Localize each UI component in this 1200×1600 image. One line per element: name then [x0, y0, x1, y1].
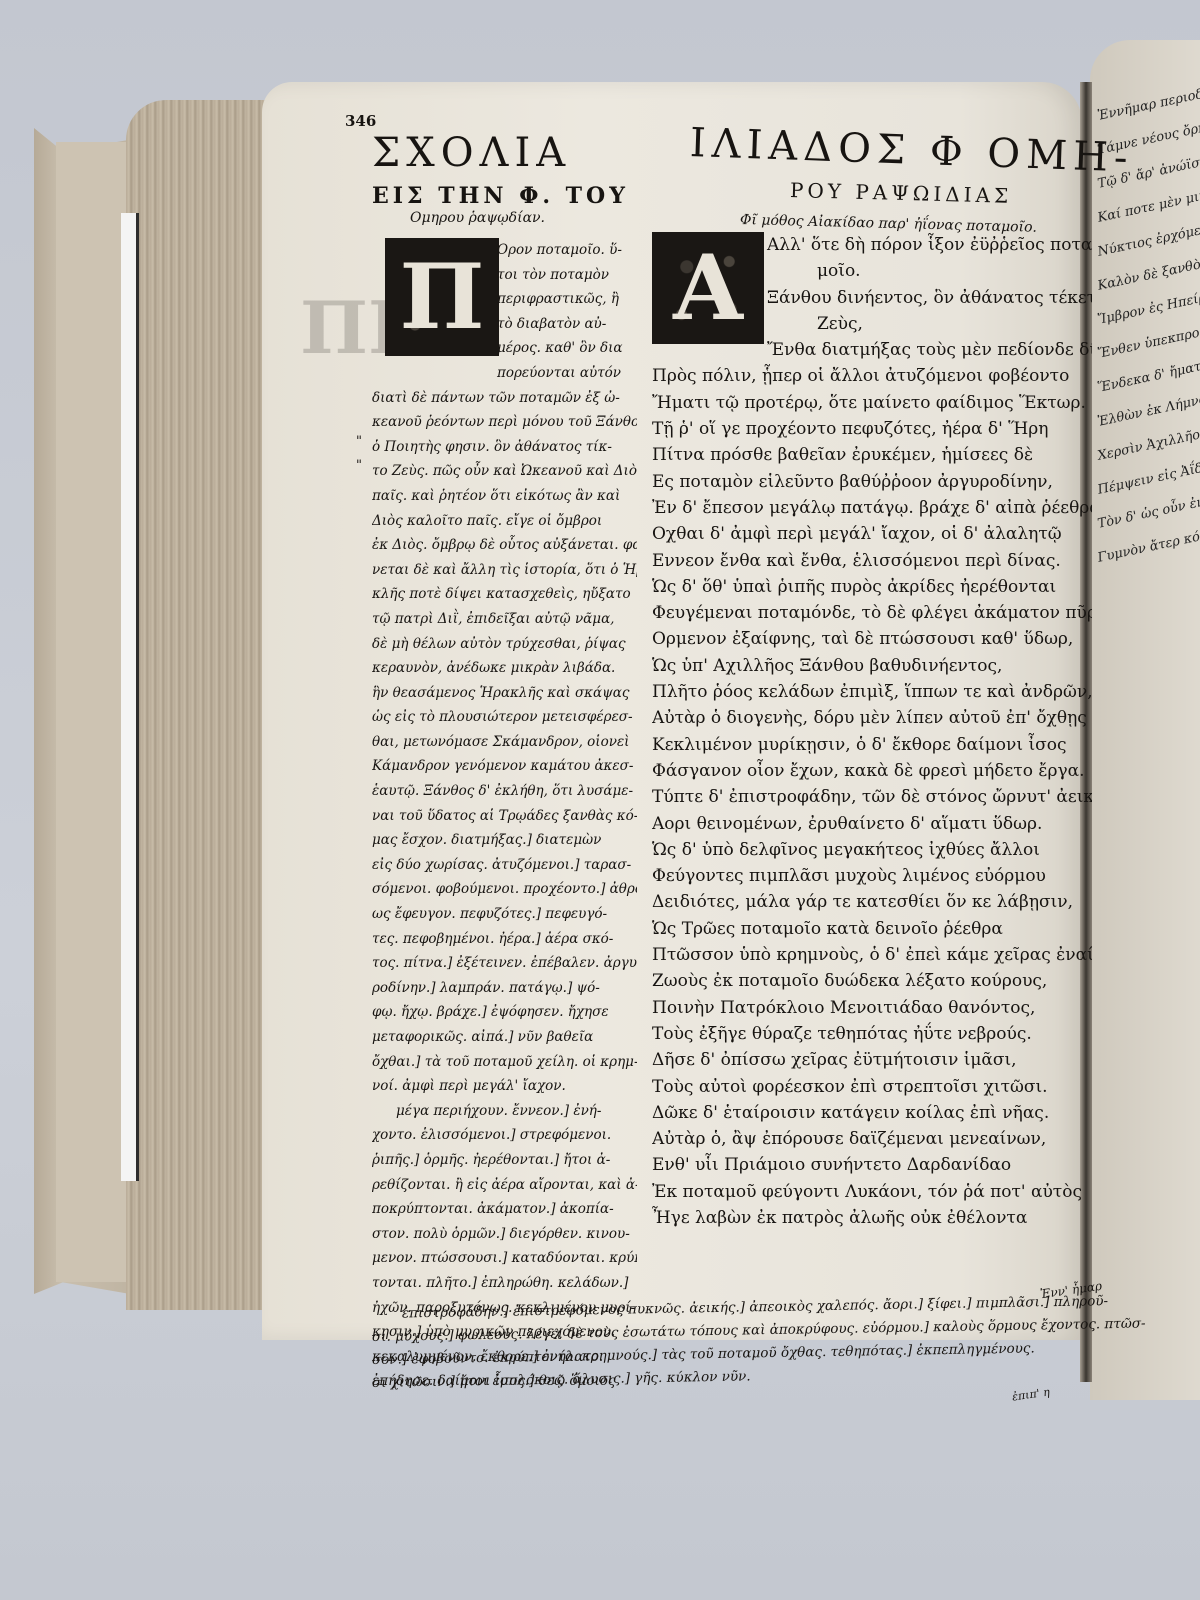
verse-line: Ξάνθου δινήεντος, ὃν ἀθάνατος τέκετο: [652, 285, 1092, 311]
verse-line: Ἔνθα διατμήξας τοὺς μὲν πεδίονδε δίωκε: [652, 337, 1092, 363]
verse-line: Δειδιότες, μάλα γάρ τε κατεσθίει ὅν κε λ…: [652, 889, 1092, 915]
verse-line: Ὡς δ' ὅθ' ὑπαὶ ῥιπῆς πυρὸς ἀκρίδες ἠερέθ…: [652, 574, 1092, 600]
verse-line: Ὡς ὑπ' Αχιλλῆος Ξάνθου βαθυδινήεντος,: [652, 653, 1092, 679]
scholia-line: ῥιπῆς.] ὁρμῆς. ἠερέθονται.] ἤτοι ἀ-: [372, 1148, 637, 1173]
verse-line: Πίτνα πρόσθε βαθεῖαν ἐρυκέμεν, ἡμίσεες δ…: [652, 442, 1092, 468]
iliad-column: Αλλ' ὅτε δὴ πόρον ἷξον ἐϋῤῥεῖος ποτα- μο…: [652, 232, 1092, 1231]
scholia-subtitle: ΕΙΣ ΤΗΝ Φ. ΤΟΥ: [372, 183, 629, 209]
scholia-line: περιφραστικῶς, ἢ: [372, 287, 637, 312]
scholia-line: χοντο. ἑλισσόμενοι.] στρεφόμενοι.: [372, 1123, 637, 1148]
verse-line: Ἤματι τῷ προτέρῳ, ὅτε μαίνετο φαίδιμος Ἕ…: [652, 390, 1092, 416]
verse-line: Φεύγοντες πιμπλᾶσι μυχοὺς λιμένος εὐόρμο…: [652, 863, 1092, 889]
scholia-line: μενον. πτώσσουσι.] καταδύονται. κρύπ-: [372, 1246, 637, 1271]
scholia-line: σόμενοι. φοβούμενοι. προχέοντο.] ἀθρό-: [372, 877, 637, 902]
bookmark-strip: [121, 213, 139, 1181]
scholia-line: Διὸς καλοῖτο παῖς. εἴγε οἱ ὄμβροι: [372, 509, 637, 534]
scholia-line: πορεύονται αὐτόν: [372, 361, 637, 386]
scholia-line: δὲ μὴ θέλων αὐτὸν τρύχεσθαι, ῥίψας: [372, 632, 637, 657]
verse-line: Ὡς Τρῶες ποταμοῖο κατὰ δεινοῖο ῥέεθρα: [652, 916, 1092, 942]
verse-line: Ες ποταμὸν εἱλεῦντο βαθύῤῥοον ἀργυροδίνη…: [652, 469, 1092, 495]
verse-line: Κεκλιμένον μυρίκῃσιν, ὁ δ' ἔκθορε δαίμον…: [652, 732, 1092, 758]
cover-inner-board: [56, 142, 126, 1282]
scholia-line: τονται. πλῆτο.] ἐπληρώθη. κελάδων.]: [372, 1271, 637, 1296]
scholia-line: τος. πίτνα.] ἐξέτεινεν. ἐπέβαλεν. ἀργυ-: [372, 951, 637, 976]
verse-line: Ὡς δ' ὑπὸ δελφῖνος μεγακήτεος ἰχθύες ἄλλ…: [652, 837, 1092, 863]
scholia-line: ὡς εἰς τὸ πλουσιώτερον μετεισφέρεσ-: [372, 705, 637, 730]
verse-line: μοῖο.: [652, 258, 1092, 284]
page-edges: [126, 100, 276, 1310]
scholia-line: μεταφορικῶς. αἰπά.] νῦν βαθεῖα: [372, 1025, 637, 1050]
verse-line: Αὐτὰρ ὁ διογενὴς, δόρυ μὲν λίπεν αὐτοῦ ἐ…: [652, 705, 1092, 731]
scholia-line: το Ζεὺς. πῶς οὖν καὶ Ὠκεανοῦ καὶ Διὸς: [372, 459, 637, 484]
verse-line: Αορι θεινομένων, ἐρυθαίνετο δ' αἵματι ὕδ…: [652, 811, 1092, 837]
scholia-line: ναι τοῦ ὕδατος αἱ Τρῳάδες ξανθὰς κό-: [372, 804, 637, 829]
page-number: 346: [345, 112, 376, 130]
verse-line: Ζωοὺς ἐκ ποταμοῖο δυώδεκα λέξατο κούρους…: [652, 968, 1092, 994]
scholia-line: κεραυνὸν, ἀνέδωκε μικρὰν λιβάδα.: [372, 656, 637, 681]
scholia-line: Ορον ποταμοῖο. ὕ-: [372, 238, 637, 263]
verse-line: Αλλ' ὅτε δὴ πόρον ἷξον ἐϋῤῥεῖος ποτα-: [652, 232, 1092, 258]
verse-line: Δῆσε δ' ὀπίσσω χεῖρας ἐϋτμήτοισιν ἱμᾶσι,: [652, 1047, 1092, 1073]
verse-line: Τοὺς αὐτοὶ φορέεσκον ἐπὶ στρεπτοῖσι χιτῶ…: [652, 1074, 1092, 1100]
footnote-block: ἐπιστροφάδην.] ἐπιστρεφόμενος πυκνῶς. ἀε…: [372, 1303, 1092, 1395]
scholia-line: τες. πεφοβημένοι. ἠέρα.] ἀέρα σκό-: [372, 927, 637, 952]
verse-line: Δῶκε δ' ἑταίροισιν κατάγειν κοίλας ἐπὶ ν…: [652, 1100, 1092, 1126]
scholia-line: τὸ διαβατὸν αὐ-: [372, 312, 637, 337]
scholia-line: ὁ Ποιητὴς φησιν. ὃν ἀθάνατος τίκ-: [372, 435, 637, 460]
scholia-line: Κάμανδρον γενόμενον καμάτου ἀκεσ-: [372, 754, 637, 779]
scholia-line: μας ἔσχον. διατμήξας.] διατεμὼν: [372, 828, 637, 853]
scholia-line: νοί. ἀμφὶ περὶ μεγάλ' ἴαχον.: [372, 1074, 637, 1099]
verse-line: Ἦγε λαβὼν ἐκ πατρὸς ἀλωῆς οὐκ ἐθέλοντα: [652, 1205, 1092, 1231]
scholia-line: θαι, μετωνόμασε Σκάμανδρον, οἱονεὶ: [372, 730, 637, 755]
scholia-line: ποκρύπτονται. ἀκάματον.] ἀκοπία-: [372, 1197, 637, 1222]
scholia-line: ως ἔφευγον. πεφυζότες.] πεφευγό-: [372, 902, 637, 927]
scholia-line: κλῆς ποτὲ δίψει κατασχεθεὶς, ηὔξατο: [372, 582, 637, 607]
verse-line: Ἐκ ποταμοῦ φεύγοντι Λυκάονι, τόν ῥά ποτ'…: [652, 1179, 1092, 1205]
scholia-line: τῷ πατρὶ Διῒ, ἐπιδεῖξαι αὐτῷ νᾶμα,: [372, 607, 637, 632]
verse-line: Αὐτὰρ ὁ, ἂψ ἐπόρουσε δαϊζέμεναι μενεαίνω…: [652, 1126, 1092, 1152]
verse-line: Φάσγανον οἶον ἔχων, κακὰ δὲ φρεσὶ μήδετο…: [652, 758, 1092, 784]
scholia-line: ἣν θεασάμενος Ἡρακλῆς καὶ σκάψας: [372, 681, 637, 706]
verse-line: Τύπτε δ' ἐπιστροφάδην, τῶν δὲ στόνος ὤρν…: [652, 784, 1092, 810]
verse-line: Οχθαι δ' ἀμφὶ περὶ μεγάλ' ἴαχον, οἱ δ' ἀ…: [652, 521, 1092, 547]
scholia-title: ΣΧΟΛΙΑ: [372, 130, 571, 176]
scholia-line: ρεθίζονται. ἢ εἰς ἀέρα αἴρονται, καὶ ἀ-: [372, 1173, 637, 1198]
verse-line: Πλῆτο ῥόος κελάδων ἐπιμὶξ, ἵππων τε καὶ …: [652, 679, 1092, 705]
right-page-fragment: Ἐννῆμαρ περιοδο... Τάμνε νέους ὄρπηκα...…: [1090, 40, 1200, 1400]
scholia-line: νεται δὲ καὶ ἄλλη τὶς ἱστορία, ὅτι ὁ Ἡρα…: [372, 558, 637, 583]
verse-line: Τῇ ῥ' οἵ γε προχέοντο πεφυζότες, ἠέρα δ'…: [652, 416, 1092, 442]
scholia-line: τοι τὸν ποταμὸν: [372, 263, 637, 288]
verse-line: Τοὺς ἐξῆγε θύραζε τεθηπότας ἠΰτε νεβρούς…: [652, 1021, 1092, 1047]
verse-line: Εννεον ἔνθα καὶ ἔνθα, ἑλισσόμενοι περὶ δ…: [652, 548, 1092, 574]
verse-line: Ζεὺς,: [652, 311, 1092, 337]
scholia-line: μέρος. καθ' ὃν δια: [372, 336, 637, 361]
scholia-column: Ορον ποταμοῖο. ὕ- τοι τὸν ποταμὸν περιφρ…: [372, 238, 637, 1394]
verse-line: Ἐν δ' ἔπεσον μεγάλῳ πατάγῳ. βράχε δ' αἰπ…: [652, 495, 1092, 521]
verse-line: Ενθ' υἷι Πριάμοιο συνήντετο Δαρδανίδαο: [652, 1152, 1092, 1178]
scholia-line: στον. πολὺ ὁρμῶν.] διεγόρθεν. κινου-: [372, 1222, 637, 1247]
scholia-line: παῖς. καὶ ῥητέον ὅτι εἰκότως ἂν καὶ: [372, 484, 637, 509]
scholia-line: εἰς δύο χωρίσας. ἀτυζόμενοι.] ταρασ-: [372, 853, 637, 878]
scholia-line: ροδίνην.] λαμπράν. πατάγῳ.] ψό-: [372, 976, 637, 1001]
scholia-line: κεανοῦ ῥεόντων περὶ μόνου τοῦ Ξάνθου: [372, 410, 637, 435]
scholia-line: μέγα περιήχουν. ἔννεον.] ἐνή-: [372, 1099, 637, 1124]
verse-line: Πτῶσσον ὑπὸ κρημνοὺς, ὁ δ' ἐπεὶ κάμε χεῖ…: [652, 942, 1092, 968]
scholia-line: ὄχθαι.] τὰ τοῦ ποταμοῦ χείλη. οἱ κρημ-: [372, 1050, 637, 1075]
verse-line: Φευγέμεναι ποταμόνδε, τὸ δὲ φλέγει ἀκάμα…: [652, 600, 1092, 626]
scholia-line: ἐκ Διὸς. ὄμβρῳ δὲ οὗτος αὐξάνεται. φα-: [372, 533, 637, 558]
quote-marks: "": [356, 430, 362, 478]
scholia-line: διατὶ δὲ πάντων τῶν ποταμῶν ἐξ ὠ-: [372, 386, 637, 411]
scholia-subtitle-2: Ομηρου ῥαψῳδίαν.: [410, 210, 545, 226]
verse-line: Πρὸς πόλιν, ᾗπερ οἱ ἄλλοι ἀτυζόμενοι φοβ…: [652, 363, 1092, 389]
scholia-line: ἑαυτῷ. Ξάνθος δ' ἐκλήθη, ὅτι λυσάμε-: [372, 779, 637, 804]
verse-line: Ορμενον ἐξαίφνης, ταὶ δὲ πτώσσουσι καθ' …: [652, 626, 1092, 652]
scholia-line: φῳ. ἤχῳ. βράχε.] ἐψόφησεν. ἤχησε: [372, 1000, 637, 1025]
verse-line: Ποινὴν Πατρόκλοιο Μενοιτιάδαο θανόντος,: [652, 995, 1092, 1021]
